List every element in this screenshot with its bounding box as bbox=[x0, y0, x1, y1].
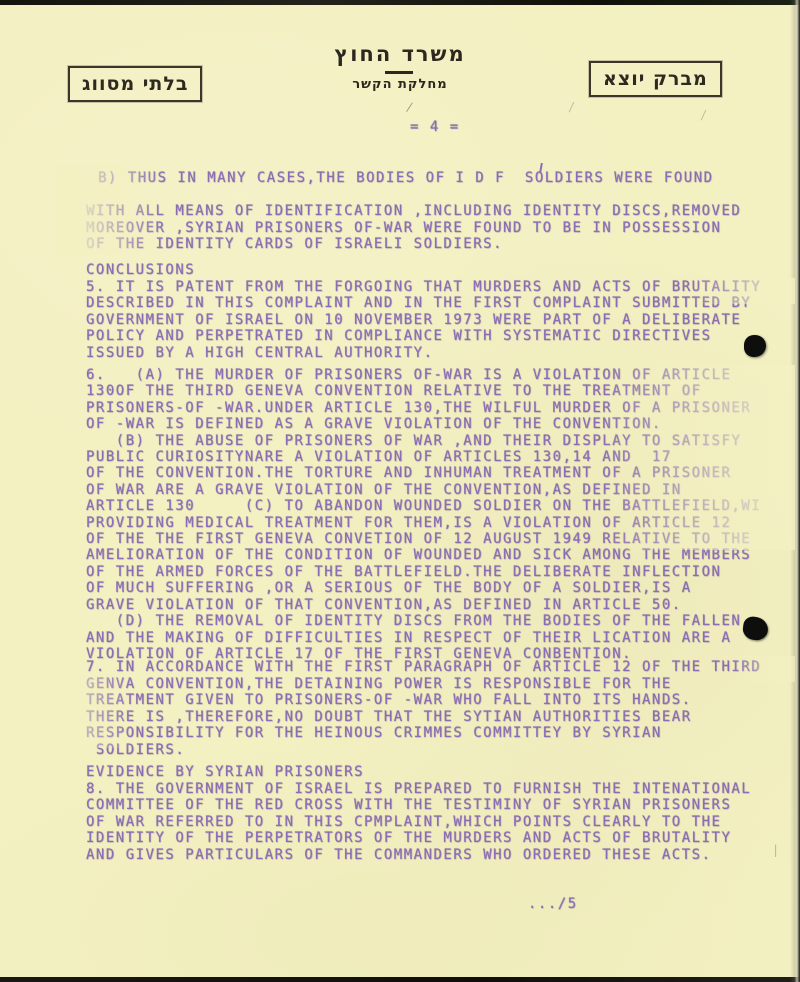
page-number: = 4 = bbox=[410, 119, 460, 136]
ink-blot bbox=[744, 335, 766, 357]
stamp-outgoing-telegram: מברק יוצא bbox=[589, 61, 722, 97]
scan-edge-right bbox=[790, 0, 800, 982]
paragraph-6-violations: 6. (A) THE MURDER OF PRISONERS OF-WAR IS… bbox=[86, 367, 761, 662]
scan-edge-bottom bbox=[0, 977, 800, 982]
stray-mark: / bbox=[568, 100, 575, 114]
stray-mark: | bbox=[772, 843, 779, 857]
continuation-marker: .../5 bbox=[528, 896, 578, 913]
paragraph-4-line-1: B) THUS IN MANY CASES,THE BODIES OF I D … bbox=[98, 170, 714, 187]
stray-mark: / bbox=[405, 100, 414, 115]
department-subtitle: מחלקת הקשר bbox=[330, 77, 470, 92]
title-underline bbox=[385, 71, 413, 74]
scanned-telegram-page: בלתי מסווג משרד החוץ מחלקת הקשר מברק יוצ… bbox=[0, 0, 800, 982]
scan-edge-top bbox=[0, 0, 800, 5]
stamp-outgoing-telegram-label: מברק יוצא bbox=[603, 68, 708, 90]
paragraph-4-continuation: WITH ALL MEANS OF IDENTIFICATION ,INCLUD… bbox=[86, 203, 741, 253]
conclusions-section: CONCLUSIONS 5. IT IS PATENT FROM THE FOR… bbox=[86, 262, 761, 361]
evidence-section: EVIDENCE BY SYRIAN PRISONERS 8. THE GOVE… bbox=[86, 764, 751, 863]
ministry-title: משרד החוץ bbox=[330, 42, 470, 66]
stamp-unclassified-label: בלתי מסווג bbox=[82, 73, 188, 95]
paragraph-7-responsibility: 7. IN ACCORDANCE WITH THE FIRST PARAGRAP… bbox=[86, 659, 761, 758]
stamp-unclassified: בלתי מסווג bbox=[68, 66, 202, 102]
stray-mark: / bbox=[700, 108, 707, 122]
